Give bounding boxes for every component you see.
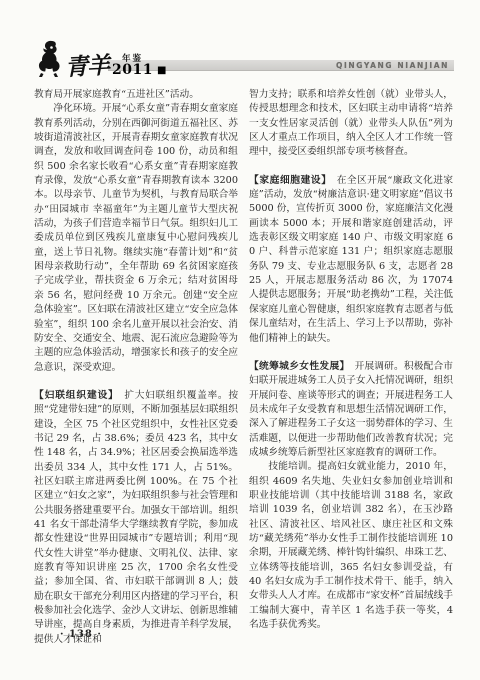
paragraph: 智力支持；联系和培养女性创（就）业带头人，传授思想理念和技术，区妇联主动申请将“… [249, 88, 453, 160]
yearbook-logo: 青羊 年鉴 2011 ■ [34, 40, 166, 78]
text-columns: 教育局开展家庭教育“五进社区”活动。净化环境。开展“心系女童”青春期女童家庭教育… [34, 88, 453, 647]
logo-year-stack: 年鉴 2011 [112, 55, 153, 78]
page-number: · 138 · [60, 629, 102, 640]
paragraph: 净化环境。开展“心系女童”青春期女童家庭教育系列活动，分别在西御河街道五福社区、… [34, 102, 238, 375]
right-column: 智力支持；联系和培养女性创（就）业带头人，传授思想理念和技术，区妇联主动申请将“… [249, 88, 453, 647]
paragraph: 教育局开展家庭教育“五进社区”活动。 [34, 88, 238, 102]
page-header: QINGYANG NIANJIAN 青羊 年鉴 2011 ■ [34, 40, 454, 82]
goat-logo-icon [34, 40, 64, 78]
logo-year: 2011 [112, 63, 153, 77]
banner-title-text: QINGYANG NIANJIAN [336, 61, 449, 70]
section-paragraph: 【家庭细胞建设】 在全区开展“廉政文化进家庭”活动，发放“树廉洁意识·建文明家庭… [249, 174, 453, 346]
section-heading: 【家庭细胞建设】 [249, 175, 327, 186]
logo-square-mark: ■ [157, 66, 166, 76]
paragraph: 技能培训。提高妇女就业能力，2010 年，组织 4609 名失地、失业妇女参加创… [249, 460, 453, 632]
yearbook-page: QINGYANG NIANJIAN 青羊 年鉴 2011 ■ 教育局开展家庭教育… [0, 0, 480, 680]
section-heading: 【统筹城乡女性发展】 [249, 361, 345, 372]
left-column: 教育局开展家庭教育“五进社区”活动。净化环境。开展“心系女童”青春期女童家庭教育… [34, 88, 238, 647]
logo-script-title: 青羊 [64, 54, 109, 79]
section-paragraph: 【统筹城乡女性发展】 开展调研。积极配合市妇联开展进城务工人员子女入托情况调研，… [249, 360, 453, 460]
section-paragraph: 【妇联组织建设】 扩大妇联组织覆盖率。按照“党建带妇建”的原则，不断加强基层妇联… [34, 389, 238, 647]
section-heading: 【妇联组织建设】 [34, 390, 114, 401]
